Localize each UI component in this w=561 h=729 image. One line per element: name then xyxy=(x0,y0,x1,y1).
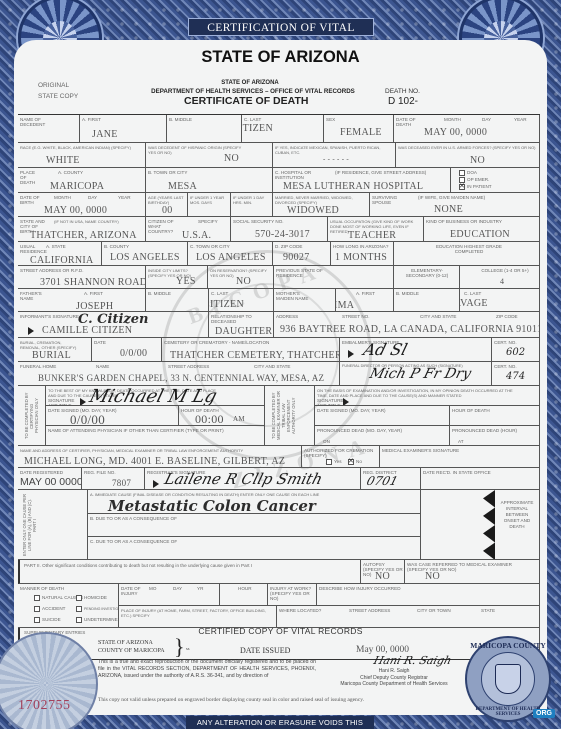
in-patient-checkbox[interactable] xyxy=(459,184,465,190)
hispanic-detail-field[interactable]: IF YES, INDICATE MEXICAN, SPANISH, PUERT… xyxy=(273,143,396,168)
citizenship-value: U.S.A. xyxy=(182,230,211,241)
manner-homicide-option[interactable]: HOMICIDE xyxy=(76,595,107,601)
funeral-home-field[interactable]: FUNERAL HOME NAME STREET ADDRESS CITY AN… xyxy=(18,362,340,386)
injury-at-work-field[interactable]: INJURY AT WORK? (Specify Yes or No) xyxy=(268,584,317,606)
hispanic-origin-field[interactable]: WAS DECEDENT OF HISPANIC ORIGIN (SPECIFY… xyxy=(146,143,273,168)
residence-street-field[interactable]: STREET ADDRESS OR R.F.D. 3701 SHANNON RO… xyxy=(18,266,146,289)
in-patient-option[interactable]: IN PATIENT xyxy=(459,184,492,190)
residence-zip-value: 90027 xyxy=(283,252,310,263)
homicide-checkbox[interactable] xyxy=(76,595,82,601)
education-header-cell: EDUCATION HIGHEST GRADE COMPLETED xyxy=(394,242,540,266)
cremation-authorized-field[interactable]: AUTHORIZED FOR CREMATION (SPECIFY) Yes N… xyxy=(302,446,380,468)
last-name-field[interactable]: C. LAST CITIZEN xyxy=(242,115,324,143)
residence-zip-field[interactable]: D. ZIP CODE 90027 xyxy=(273,242,331,266)
certified-copy-title: CERTIFIED COPY OF VITAL RECORDS xyxy=(14,626,547,636)
approx-interval-field[interactable]: APPROXIMATE INTERVAL BETWEEN ONSET AND D… xyxy=(421,490,540,560)
certifier-name-value: MICHAEL LONG, MD. 4001 E. BASELINE, GILB… xyxy=(24,456,285,467)
date-signed-field[interactable]: DATE SIGNED (Mo. Day, Year) 0/0/00 xyxy=(46,406,179,426)
ss-label: ss xyxy=(186,646,190,651)
department-line: DEPARTMENT OF HEALTH SERVICES – OFFICE O… xyxy=(122,88,384,95)
relationship-field[interactable]: RELATIONSHIP TO DECEASED DAUGHTER xyxy=(209,312,274,338)
embalmer-cert-value: 602 xyxy=(506,347,525,358)
surviving-spouse-field[interactable]: SURVIVING SPOUSE (IF WIFE, GIVE MAIDEN N… xyxy=(370,193,540,217)
embalmer-cert-field[interactable]: CERT. NO. 602 xyxy=(492,338,540,362)
cause-a-value: Metastatic Colon Cancer xyxy=(108,497,316,514)
certificate-title: CERTIFICATE OF DEATH xyxy=(184,95,308,107)
me-referred-value: NO xyxy=(425,571,440,582)
cause-c-field[interactable]: C. DUE TO OR AS A CONSEQUENCE OF xyxy=(88,537,421,560)
college-field[interactable]: COLLEGE (1-4 or 5+) 4 xyxy=(460,266,540,289)
injury-date-field[interactable]: DATE OF INJURY MO DAY YR xyxy=(119,584,220,606)
under-1-year-field[interactable]: IF UNDER 1 YEAR MOS. DAYS xyxy=(188,193,231,217)
me-date-signed-field[interactable]: DATE SIGNED (Mo. Day, Year) xyxy=(315,406,450,426)
hour-of-death-field[interactable]: HOUR OF DEATH 00:00 AM xyxy=(179,406,265,426)
surviving-spouse-value: NONE xyxy=(434,204,463,215)
sex-value: FEMALE xyxy=(340,127,382,138)
injury-hour-field[interactable]: HOUR xyxy=(220,584,268,606)
college-value: 4 xyxy=(500,277,504,286)
manner-of-death-field: MANNER OF DEATH NATURAL CAUSES HOMICIDE … xyxy=(18,584,119,628)
on-reservation-value: NO xyxy=(236,276,251,287)
birthplace-field[interactable]: STATE AND CITY OF BIRTH (If not in USA, … xyxy=(18,217,146,242)
marital-status-field[interactable]: MARRIED, NEVER MARRIED, WIDOWED, DIVORCE… xyxy=(273,193,370,217)
arrow-icon xyxy=(28,327,34,335)
ssn-field[interactable]: SOCIAL SECURITY NO. 570-24-3017 xyxy=(231,217,328,242)
residence-town-value: LOS ANGELES xyxy=(196,252,266,263)
embalmer-signature-field[interactable]: EMBALMER'S SIGNATURE Ad Sl xyxy=(340,338,492,362)
inside-city-limits-value: YES xyxy=(176,276,196,287)
residence-county-field[interactable]: B. COUNTY LOS ANGELES xyxy=(102,242,188,266)
county-of-death-field[interactable]: PLACE OF DEATH A. COUNTY MARICOPA xyxy=(18,168,146,193)
county-line: COUNTY OF MARICOPA xyxy=(98,648,165,654)
date-of-death-field[interactable]: DATE OF DEATH MONTH DAY YEAR MAY 00, 000… xyxy=(394,115,540,143)
pending-checkbox[interactable] xyxy=(76,606,82,612)
cause-a-field[interactable]: A. IMMEDIATE CAUSE (FINAL DISEASE OR CON… xyxy=(88,490,421,514)
manner-pending-option[interactable]: PENDING INVESTIGATION xyxy=(76,606,119,612)
state-line: STATE OF ARIZONA xyxy=(98,640,153,646)
residence-county-value: LOS ANGELES xyxy=(110,252,180,263)
on-reservation-field[interactable]: ON RESERVATION? (SPECIFY Yes or No) NO xyxy=(208,266,274,289)
mother-label-cell: MOTHER'S MAIDEN NAME xyxy=(274,289,336,312)
org-badge: ORG xyxy=(533,709,555,718)
cemetery-value: THATCHER CEMETERY, THATCHER, AZ xyxy=(170,350,340,361)
first-name-field[interactable]: A. FIRST JANE xyxy=(80,115,167,143)
informant-address-value: 936 BAYTREE ROAD, LA CANADA, CALIFORNIA … xyxy=(280,324,540,335)
armed-forces-value: NO xyxy=(470,155,485,166)
funeral-director-field[interactable]: FUNERAL DIRECTOR OR PERSON ACTING AS SUC… xyxy=(340,362,492,386)
me-side-label: To be completed by MEDICAL EXAMINER OR T… xyxy=(265,386,315,446)
age-field[interactable]: AGE (YEARS LAST BIRTHDAY) 00 xyxy=(146,193,188,217)
reg-district-value: 0701 xyxy=(365,474,399,488)
death-no-value: D 102- xyxy=(388,96,418,107)
attending-physician-field[interactable]: NAME OF ATTENDING PHYSICIAN IF OTHER THA… xyxy=(46,426,265,446)
hospital-field[interactable]: C. HOSPITAL OR INSTITUTION (IF RESIDENCE… xyxy=(273,168,451,193)
arrow-icon xyxy=(153,480,159,488)
father-last-field[interactable]: C. LAST CITIZEN xyxy=(209,289,274,312)
alteration-warning-banner: ANY ALTERATION OR ERASURE VOIDS THIS CER… xyxy=(186,716,374,729)
registrar-block: Hani R. Saigh Chief Deputy County Regist… xyxy=(320,668,468,688)
pronounced-dead-date-field[interactable]: PRONOUNCED DEAD (Mo. Day, Year) ON xyxy=(315,426,450,446)
autopsy-value: NO xyxy=(375,571,390,582)
autopsy-field[interactable]: AUTOPSY (Specify Yes or No) NO xyxy=(361,560,405,584)
cremation-no-checkbox[interactable] xyxy=(348,459,354,465)
town-of-death-field[interactable]: B. TOWN OR CITY MESA xyxy=(146,168,273,193)
part1-side-label: ENTER ONLY ONE CAUSE PER LINE FOR (a), (… xyxy=(18,490,88,560)
doa-option[interactable]: DOA xyxy=(459,170,477,176)
death-certificate-form: NAME OF DECEDENT A. FIRST JANE B. MIDDLE… xyxy=(18,114,540,624)
informant-name-value: CAMILLE CITIZEN xyxy=(42,325,132,336)
race-field[interactable]: RACE (e.g. white, black, American Indian… xyxy=(18,143,146,168)
last-name-value: CITIZEN xyxy=(242,123,273,134)
inside-city-limits-field[interactable]: INSIDE CITY LIMITS? (SPECIFY Yes or No) … xyxy=(146,266,208,289)
county-shield-icon xyxy=(495,664,521,694)
accident-checkbox[interactable] xyxy=(34,606,40,612)
undetermined-checkbox[interactable] xyxy=(76,617,82,623)
date-signed-value: 0/0/00 xyxy=(70,412,105,426)
registrar-signature-field[interactable]: REGISTRAR'S SIGNATURE Lailene R Cllp Smi… xyxy=(145,468,361,490)
under-1-day-field[interactable]: IF UNDER 1 DAY HRS. MIN. xyxy=(231,193,273,217)
pronounced-dead-hour-field[interactable]: PRONOUNCED DEAD (Hour) AT xyxy=(450,426,540,446)
how-long-value: 1 MONTHS xyxy=(335,252,387,263)
date-registered-value: MAY 00 0000 xyxy=(20,476,82,488)
residence-state-field[interactable]: USUAL RESIDENCE A. STATE CALIFORNIA xyxy=(18,242,102,266)
father-first-field[interactable]: FATHER'S NAME A. FIRST JOSEPH xyxy=(18,289,146,312)
armed-forces-field[interactable]: WAS DECEASED EVER IN U.S. ARMED FORCES? … xyxy=(396,143,540,168)
certifier-name-field[interactable]: NAME AND ADDRESS OF CERTIFIER, PHYSICIAN… xyxy=(18,446,302,468)
disposition-method-value: BURIAL xyxy=(32,350,71,361)
patient-status-field: DOA OP EMER. IN PATIENT xyxy=(451,168,540,193)
hospital-value: MESA LUTHERAN HOSPITAL xyxy=(283,181,423,192)
registrar-official-signature: Hani R. Saigh xyxy=(372,654,453,667)
date-of-birth-field[interactable]: DATE OF BIRTH MONTH DAY YEAR MAY 00, 000… xyxy=(18,193,146,217)
cause-b-field[interactable]: B. DUE TO OR AS A CONSEQUENCE OF xyxy=(88,514,421,537)
state-copy-label: STATE COPY xyxy=(38,93,78,100)
middle-name-field[interactable]: B. MIDDLE xyxy=(167,115,242,143)
industry-value: EDUCATION xyxy=(450,229,510,240)
previous-state-field[interactable]: PREVIOUS STATE OF RESIDENCE xyxy=(274,266,394,289)
registrar-signature: Lailene R Cllp Smith xyxy=(163,470,325,488)
legal-statement: This is a true and exact reproduction of… xyxy=(98,659,316,680)
brace-icon: } xyxy=(174,636,185,658)
physician-signature: Michael M Lg xyxy=(87,386,219,406)
hour-of-death-value: 00:00 xyxy=(195,412,224,426)
age-value: 00 xyxy=(162,205,173,216)
funeral-home-value: BUNKER'S GARDEN CHAPEL, 33 N. CENTENNIAL… xyxy=(38,373,324,383)
disposition-date-field[interactable]: DATE 0/0/00 xyxy=(92,338,162,362)
county-of-death-value: MARICOPA xyxy=(50,181,104,192)
reg-file-no-field[interactable]: REG. FILE NO. 7807 xyxy=(82,468,145,490)
mother-first-value: EMMA xyxy=(336,300,354,311)
disposition-date-value: 0/0/00 xyxy=(120,348,147,359)
doa-checkbox[interactable] xyxy=(459,170,465,176)
suicide-checkbox[interactable] xyxy=(34,617,40,623)
interval-arrow-bar xyxy=(483,490,495,560)
reg-district-field[interactable]: REG. DISTRICT 0701 xyxy=(361,468,421,490)
hispanic-origin-value: NO xyxy=(224,153,239,164)
me-referred-field[interactable]: WAS CASE REFERRED TO MEDICAL EXAMINER (S… xyxy=(405,560,540,584)
informant-field[interactable]: INFORMANT'S SIGNATURE C. Citizen CAMILLE… xyxy=(18,312,209,338)
citizenship-field[interactable]: CITIZEN OF WHAT COUNTRY? SPECIFY U.S.A. xyxy=(146,217,231,242)
elementary-field[interactable]: ELEMENTARY-SECONDARY (0-12) xyxy=(394,266,460,289)
funeral-director-cert-value: 474 xyxy=(506,371,525,382)
physician-side-label: To be completed by CERTIFYING PHYSICIAN … xyxy=(18,386,46,446)
date-registered-field[interactable]: DATE REGISTERED MAY 00 0000 xyxy=(18,468,82,490)
injury-location-field[interactable]: WHERE LOCATED? STREET ADDRESS CITY OR TO… xyxy=(277,606,540,628)
informant-address-field[interactable]: ADDRESS STREET NO. CITY AND STATE ZIP CO… xyxy=(274,312,540,338)
cremation-yes-option[interactable]: Yes xyxy=(326,459,342,465)
father-first-value: JOSEPH xyxy=(76,301,113,312)
disposition-method-field[interactable]: BURIAL, CREMATION, REMOVAL, OTHER (Speci… xyxy=(18,338,92,362)
relationship-value: DAUGHTER xyxy=(215,326,272,337)
arrow-icon xyxy=(343,398,349,406)
certification-banner: CERTIFICATION OF VITAL RECORD xyxy=(188,18,374,36)
state-subtitle: STATE OF ARIZONA xyxy=(190,80,310,86)
me-signature-field[interactable]: ON THE BASIS OF EXAMINATION AND/OR INVES… xyxy=(315,386,540,406)
ssn-value: 570-24-3017 xyxy=(255,229,310,240)
residence-state-value: CALIFORNIA xyxy=(30,255,94,266)
marital-status-value: WIDOWED xyxy=(287,205,339,216)
serial-number: 1702755 xyxy=(18,698,71,714)
validity-notice: This copy not valid unless prepared on e… xyxy=(98,697,364,703)
occupation-value: TEACHER xyxy=(348,230,396,241)
race-value: WHITE xyxy=(46,155,80,166)
date-issued-label: DATE ISSUED xyxy=(240,646,290,655)
part2-field[interactable]: PART II. Other significant conditions co… xyxy=(18,560,361,584)
manner-suicide-option[interactable]: SUICIDE xyxy=(34,617,61,623)
how-long-field[interactable]: HOW LONG IN ARIZONA? 1 MONTHS xyxy=(331,242,394,266)
mother-last-value: SAVAGE xyxy=(460,298,488,309)
me-final-signature-field[interactable]: MEDICAL EXAMINER'S SIGNATURE xyxy=(380,446,540,468)
cremation-yes-checkbox[interactable] xyxy=(326,459,332,465)
date-of-death-value: MAY 00, 0000 xyxy=(424,127,487,138)
date-of-birth-value: MAY 00, 0000 xyxy=(44,205,107,216)
manner-accident-option[interactable]: ACCIDENT xyxy=(34,606,65,612)
state-office-date-field[interactable]: DATE REC'D. IN STATE OFFICE xyxy=(421,468,540,490)
mother-first-field[interactable]: A. FIRST EMMA xyxy=(336,289,394,312)
mother-last-field[interactable]: C. LAST SAVAGE xyxy=(460,289,540,312)
cremation-no-option[interactable]: No xyxy=(348,459,362,465)
certificate-paper: STATE OF ARIZONA ORIGINAL STATE COPY STA… xyxy=(14,40,547,715)
reg-file-no-value: 7807 xyxy=(112,478,131,488)
birthplace-value: THATCHER, ARIZONA xyxy=(30,230,137,241)
father-middle-field[interactable]: B. MIDDLE xyxy=(146,289,209,312)
occupation-field[interactable]: USUAL OCCUPATION (Give kind of work done… xyxy=(328,217,424,242)
funeral-director-signature: Mich P Fr Dry xyxy=(368,366,473,382)
state-title: STATE OF ARIZONA xyxy=(14,48,547,67)
me-hour-field[interactable]: HOUR OF DEATH xyxy=(450,406,540,426)
embalmer-signature: Ad Sl xyxy=(361,340,409,359)
death-no-label: DEATH NO. xyxy=(385,88,420,95)
name-of-deceased-cell: NAME OF DECEDENT xyxy=(18,115,80,143)
arrow-icon xyxy=(80,398,86,406)
father-last-value: CITIZEN xyxy=(209,299,244,310)
arrow-icon xyxy=(348,350,354,358)
residence-town-field[interactable]: C. TOWN OR CITY LOS ANGELES xyxy=(188,242,273,266)
mother-middle-field[interactable]: B. MIDDLE xyxy=(394,289,460,312)
first-name-value: JANE xyxy=(92,129,118,140)
original-label: ORIGINAL xyxy=(38,82,69,89)
physician-signature-field[interactable]: TO THE BEST OF MY KNOWLEDGE, DEATH OCCUR… xyxy=(46,386,265,406)
town-of-death-value: MESA xyxy=(168,181,197,192)
injury-description-field[interactable]: DESCRIBE HOW INJURY OCCURRED xyxy=(317,584,540,606)
place-of-injury-field[interactable]: PLACE OF INJURY (at home, farm, street, … xyxy=(119,606,277,628)
cemetery-field[interactable]: CEMETERY OR CREMATORY - NAME/LOCATION TH… xyxy=(162,338,340,362)
industry-field[interactable]: KIND OF BUSINESS OR INDUSTRY EDUCATION xyxy=(424,217,540,242)
sex-field[interactable]: SEX FEMALE xyxy=(324,115,394,143)
residence-street-value: 3701 SHANNON ROAD xyxy=(40,277,146,288)
manner-undetermined-option[interactable]: UNDETERMINED xyxy=(76,617,119,623)
funeral-director-cert-field[interactable]: CERT. NO. 474 xyxy=(492,362,540,386)
natural-checkbox[interactable] xyxy=(34,595,40,601)
